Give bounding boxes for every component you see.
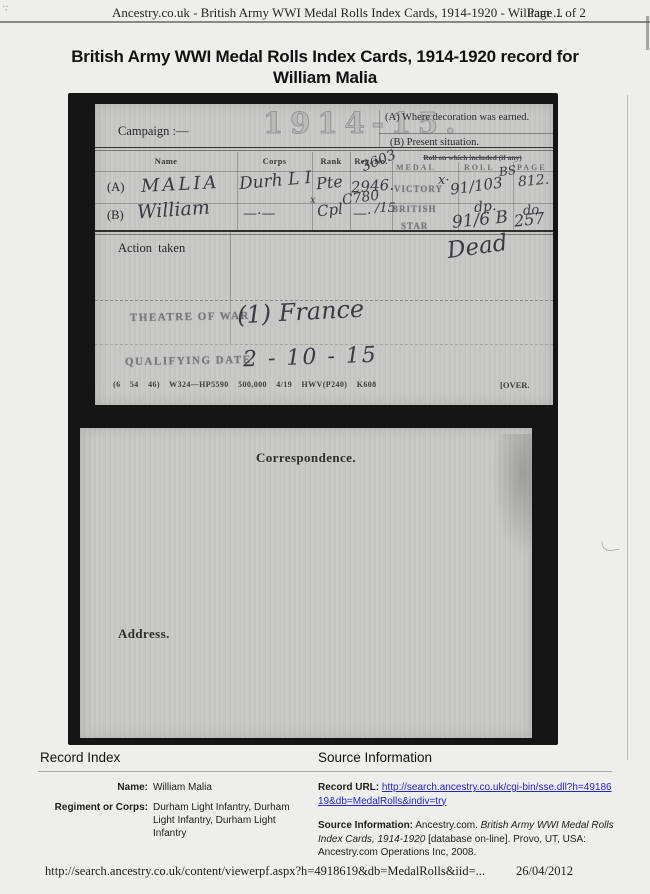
column-line xyxy=(237,152,238,232)
row-b-forename: William xyxy=(136,196,210,223)
scan-artifact-mark xyxy=(601,539,619,552)
row-a-medal-mark: x· xyxy=(438,173,449,188)
row-a-label: (A) xyxy=(107,180,124,195)
record-index-name-label: Name: xyxy=(40,781,153,794)
row-b-reg-no-ditto: —· xyxy=(353,206,371,222)
note-where-decoration-earned: (A) Where decoration was earned. xyxy=(385,112,529,123)
record-index-regiment-value: Durham Light Infantry, Durham Light Infa… xyxy=(153,801,305,840)
campaign-divider xyxy=(379,110,380,148)
record-index-name-value: William Malia xyxy=(153,781,305,794)
column-header-corps: Corps xyxy=(237,156,312,166)
column-header-roll-group: Roll on which included (if any) xyxy=(392,153,553,162)
record-index-row: Regiment or Corps: Durham Light Infantry… xyxy=(40,801,305,840)
medal-card-front: Campaign :— 1914-15. (A) Where decoratio… xyxy=(95,104,553,405)
table-top-rule-2 xyxy=(95,150,553,151)
note-divider xyxy=(379,133,553,134)
row-b-rank-mark: x xyxy=(310,195,316,206)
qualifying-date-stamp: QUALIFYING DATE xyxy=(125,354,252,368)
page-title-line2: William Malia xyxy=(0,67,650,88)
print-header-page-number: Page 1 of 2 xyxy=(527,5,586,21)
campaign-label: Campaign :— xyxy=(118,124,188,139)
record-index-fields: Name: William Malia Regiment or Corps: D… xyxy=(40,781,305,847)
record-index-regiment-label: Regiment or Corps: xyxy=(40,801,153,840)
row-a-page: 812. xyxy=(517,172,549,191)
scan-artifact-line xyxy=(627,95,628,760)
printers-imprint: (6 54 46) W324—HP5590 500,000 4/19 HWV(P… xyxy=(113,380,377,389)
over-note: [OVER. xyxy=(500,380,530,390)
theatre-divider xyxy=(230,300,231,344)
row-b-rank: Cpl xyxy=(316,200,344,221)
record-url-row: Record URL: http://search.ancestry.co.uk… xyxy=(318,781,614,808)
star-row-page: 257 xyxy=(513,208,545,230)
victory-medal-stamp: VICTORY xyxy=(394,184,443,194)
record-index-row: Name: William Malia xyxy=(40,781,305,794)
source-citation-prefix: Ancestry.com. xyxy=(415,820,480,831)
record-url-label: Record URL: xyxy=(318,782,379,793)
source-information-block: Record URL: http://search.ancestry.co.uk… xyxy=(318,781,614,860)
header-row-rule xyxy=(95,171,553,172)
row-a-rank: Pte xyxy=(315,172,344,194)
action-taken-value: Dead xyxy=(445,230,509,264)
medal-card-back: Correspondence. Address. xyxy=(80,428,532,738)
source-information-heading: Source Information xyxy=(318,750,432,765)
column-header-name: Name xyxy=(95,156,237,166)
star-row-roll: 91/6 B xyxy=(451,207,509,233)
row-b-corps-ditto: —·— xyxy=(243,206,275,222)
action-taken-label: Action taken xyxy=(118,241,185,256)
scan-artifact-corner: ·: xyxy=(1,1,9,13)
action-divider xyxy=(230,232,231,300)
table-bottom-rule-1 xyxy=(95,230,553,232)
record-index-heading: Record Index xyxy=(40,750,120,765)
footer-date: 26/04/2012 xyxy=(516,864,573,879)
page-title: British Army WWI Medal Rolls Index Cards… xyxy=(0,46,650,88)
theatre-of-war-stamp: THEATRE OF WAR xyxy=(130,310,250,324)
correspondence-label: Correspondence. xyxy=(80,450,532,466)
info-section-divider xyxy=(38,771,612,772)
british-medal-stamp: BRITISH xyxy=(392,204,437,214)
page-title-line1: British Army WWI Medal Rolls Index Cards… xyxy=(0,46,650,67)
scan-artifact-edge xyxy=(646,16,649,50)
qualifying-date-value: 2 - 10 - 15 xyxy=(243,343,379,373)
footer-url: http://search.ancestry.co.uk/content/vie… xyxy=(45,864,485,879)
source-citation-label: Source Information: xyxy=(318,820,413,831)
header-divider xyxy=(0,21,650,23)
column-header-rank: Rank xyxy=(312,156,350,166)
theatre-of-war-value: (1) France xyxy=(236,295,364,330)
table-top-rule-1 xyxy=(95,147,553,148)
address-label: Address. xyxy=(118,626,170,642)
print-header-title: Ancestry.co.uk - British Army WWI Medal … xyxy=(112,5,563,21)
printed-page: ·: Ancestry.co.uk - British Army WWI Med… xyxy=(0,0,650,894)
source-citation: Source Information: Ancestry.com. Britis… xyxy=(318,819,614,860)
column-line xyxy=(312,152,313,232)
row-a-surname: MALIA xyxy=(141,172,220,197)
row-a-roll-note: BS xyxy=(498,163,517,179)
row-b-label: (B) xyxy=(107,208,124,223)
